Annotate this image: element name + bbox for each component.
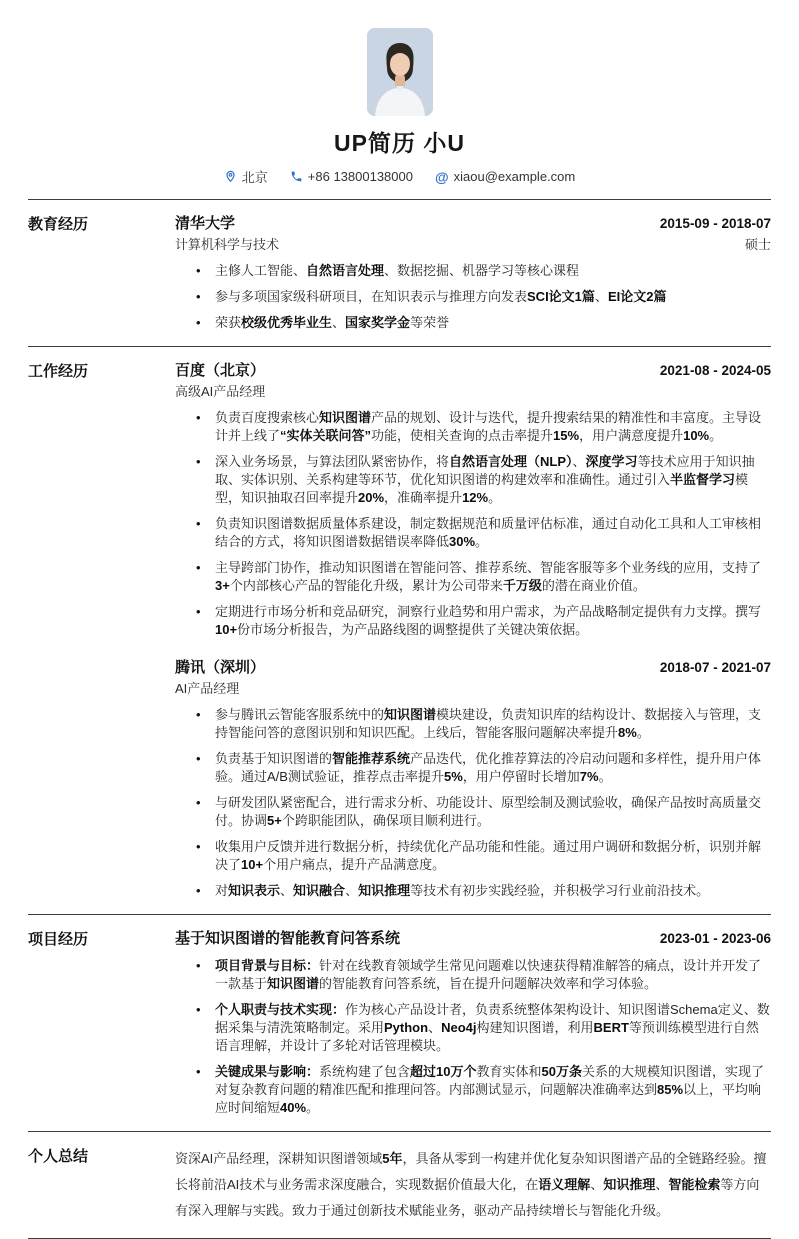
bullet-item: 定期进行市场分析和竞品研究，洞察行业趋势和用户需求，为产品战略制定提供有力支撑。… xyxy=(175,603,771,639)
resume-sections: 教育经历清华大学2015-09 - 2018-07计算机科学与技术硕士主修人工智… xyxy=(28,199,771,1239)
section-education: 教育经历清华大学2015-09 - 2018-07计算机科学与技术硕士主修人工智… xyxy=(28,199,771,346)
bullet-item: 与研发团队紧密配合，进行需求分析、功能设计、原型绘制及测试验收，确保产品按时高质… xyxy=(175,794,771,830)
bullet-item: 深入业务场景，与算法团队紧密协作，将自然语言处理（NLP）、深度学习等技术应用于… xyxy=(175,453,771,507)
highlighted-text: 智能检索 xyxy=(668,1177,720,1192)
text-segment: 定期进行市场分析和竞品研究，洞察行业趋势和用户需求，为产品战略制定提供有力支撑。… xyxy=(215,604,761,619)
entry-header: 腾讯（深圳）2018-07 - 2021-07 xyxy=(175,656,771,677)
text-segment: 、 xyxy=(595,289,608,304)
highlighted-text: 知识融合 xyxy=(293,883,345,898)
highlighted-text: BERT xyxy=(594,1020,629,1035)
text-segment: 。 xyxy=(709,428,722,443)
text-segment: 荣获 xyxy=(215,315,241,330)
highlighted-text: 10+ xyxy=(241,857,263,872)
highlighted-text: Neo4j xyxy=(441,1020,476,1035)
entry-subtitle: AI产品经理 xyxy=(175,680,239,697)
highlighted-text: “实体关联问答” xyxy=(280,428,371,443)
text-segment: 参与多项国家级科研项目，在知识表示与推理方向发表 xyxy=(215,289,527,304)
text-segment: 、 xyxy=(428,1020,441,1035)
entry-subheader: 高级AI产品经理 xyxy=(175,383,771,400)
highlighted-text: 40% xyxy=(280,1100,306,1115)
highlighted-text: 超过10万个 xyxy=(410,1064,476,1079)
text-segment: 构建知识图谱，利用 xyxy=(477,1020,594,1035)
section-label-education: 教育经历 xyxy=(28,212,175,332)
entry-title: 基于知识图谱的智能教育问答系统 xyxy=(175,927,400,948)
highlighted-text: 深度学习 xyxy=(586,454,638,469)
entry-date: 2018-07 - 2021-07 xyxy=(660,660,771,675)
profile-photo xyxy=(367,28,433,116)
section-content-work: 百度（北京）2021-08 - 2024-05高级AI产品经理负责百度搜索核心知… xyxy=(175,359,771,900)
text-segment: 。 xyxy=(637,725,650,740)
summary-paragraph: 资深AI产品经理，深耕知识图谱领域5年，具备从零到一构建并优化复杂知识图谱产品的… xyxy=(175,1146,771,1224)
entry-header: 清华大学2015-09 - 2018-07 xyxy=(175,212,771,233)
text-segment: 系统构建了包含 xyxy=(319,1064,410,1079)
contact-location-text: 北京 xyxy=(242,167,268,186)
contact-email-text: xiaou@example.com xyxy=(454,169,576,184)
phone-icon xyxy=(290,170,303,183)
entry-date: 2023-01 - 2023-06 xyxy=(660,931,771,946)
entry: 百度（北京）2021-08 - 2024-05高级AI产品经理负责百度搜索核心知… xyxy=(175,359,771,639)
text-segment: 、 xyxy=(332,315,345,330)
location-icon xyxy=(224,170,237,183)
highlighted-text: 自然语言处理（NLP） xyxy=(449,454,573,469)
text-segment: 、 xyxy=(655,1177,668,1192)
section-label-summary: 个人总结 xyxy=(28,1144,175,1224)
text-segment: 个用户痛点，提升产品满意度。 xyxy=(263,857,445,872)
text-segment: 等技术有初步实践经验，并积极学习行业前沿技术。 xyxy=(410,883,709,898)
highlighted-text: 5+ xyxy=(267,813,282,828)
highlighted-text: 15% xyxy=(553,428,579,443)
entry-subtitle: 计算机科学与技术 xyxy=(175,236,279,253)
entry-date: 2015-09 - 2018-07 xyxy=(660,216,771,231)
bullet-item: 负责知识图谱数据质量体系建设，制定数据规范和质量评估标准，通过自动化工具和人工审… xyxy=(175,515,771,551)
highlighted-text: 国家奖学金 xyxy=(345,315,410,330)
section-label-work: 工作经历 xyxy=(28,359,175,900)
text-segment: ，用户满意度提升 xyxy=(579,428,683,443)
section-label-projects: 项目经历 xyxy=(28,927,175,1117)
contact-phone-text: +86 13800138000 xyxy=(308,169,413,184)
bullet-item: 个人职责与技术实现：作为核心产品设计者，负责系统整体架构设计、知识图谱Schem… xyxy=(175,1001,771,1055)
highlighted-text: 智能推荐系统 xyxy=(332,751,410,766)
email-icon: @ xyxy=(435,170,449,184)
text-segment: 、 xyxy=(280,883,293,898)
highlighted-text: 半监督学习 xyxy=(670,472,735,487)
text-segment: 。 xyxy=(306,1100,319,1115)
bullet-list: 项目背景与目标：针对在线教育领域学生常见问题难以快速获得精准解答的痛点，设计并开… xyxy=(175,957,771,1117)
section-work: 工作经历百度（北京）2021-08 - 2024-05高级AI产品经理负责百度搜… xyxy=(28,346,771,914)
text-segment: 资深AI产品经理，深耕知识图谱领域 xyxy=(175,1151,382,1166)
contact-phone: +86 13800138000 xyxy=(290,169,413,184)
text-segment: 个跨职能团队，确保项目顺利进行。 xyxy=(282,813,490,828)
bullet-item: 参与腾讯云智能客服系统中的知识图谱模块建设，负责知识库的结构设计、数据接入与管理… xyxy=(175,706,771,742)
highlighted-text: 知识图谱 xyxy=(267,976,319,991)
bullet-item: 主修人工智能、自然语言处理、数据挖掘、机器学习等核心课程 xyxy=(175,262,771,280)
text-segment: 教育实体和 xyxy=(477,1064,542,1079)
text-segment: 、 xyxy=(345,883,358,898)
entry-title: 百度（北京） xyxy=(175,359,265,380)
highlighted-text: 8% xyxy=(618,725,637,740)
section-content-projects: 基于知识图谱的智能教育问答系统2023-01 - 2023-06项目背景与目标：… xyxy=(175,927,771,1117)
highlighted-text: 50万条 xyxy=(542,1064,582,1079)
text-segment: 功能，使相关查询的点击率提升 xyxy=(371,428,553,443)
section-content-summary: 资深AI产品经理，深耕知识图谱领域5年，具备从零到一构建并优化复杂知识图谱产品的… xyxy=(175,1144,771,1224)
entry-subtitle: 高级AI产品经理 xyxy=(175,383,265,400)
text-segment: 的智能教育问答系统，旨在提升问题解决效率和学习体验。 xyxy=(319,976,657,991)
avatar-image xyxy=(367,28,433,116)
entry: 资深AI产品经理，深耕知识图谱领域5年，具备从零到一构建并优化复杂知识图谱产品的… xyxy=(175,1146,771,1224)
entry-header: 百度（北京）2021-08 - 2024-05 xyxy=(175,359,771,380)
entry-subheader: AI产品经理 xyxy=(175,680,771,697)
highlighted-text: 3+ xyxy=(215,578,230,593)
highlighted-text: SCI论文1篇 xyxy=(527,289,595,304)
highlighted-text: 12% xyxy=(462,490,488,505)
text-segment: 。 xyxy=(488,490,501,505)
section-projects: 项目经历基于知识图谱的智能教育问答系统2023-01 - 2023-06项目背景… xyxy=(28,914,771,1131)
highlighted-text: 85% xyxy=(657,1082,683,1097)
highlighted-text: 知识图谱 xyxy=(319,410,371,425)
text-segment: 负责百度搜索核心 xyxy=(215,410,319,425)
highlighted-text: 知识图谱 xyxy=(384,707,436,722)
bullet-item: 对知识表示、知识融合、知识推理等技术有初步实践经验，并积极学习行业前沿技术。 xyxy=(175,882,771,900)
resume-page: UP简历 小U 北京+86 13800138000@xiaou@example.… xyxy=(0,0,799,1239)
text-segment: 、 xyxy=(573,454,586,469)
bullet-list: 负责百度搜索核心知识图谱产品的规划、设计与迭代，提升搜索结果的精准性和丰富度。主… xyxy=(175,409,771,639)
resume-header: UP简历 小U 北京+86 13800138000@xiaou@example.… xyxy=(28,0,771,199)
candidate-name: UP简历 小U xyxy=(28,125,771,158)
text-segment: 参与腾讯云智能客服系统中的 xyxy=(215,707,384,722)
highlighted-text: 个人职责与技术实现： xyxy=(215,1002,345,1017)
highlighted-text: 10% xyxy=(683,428,709,443)
bullet-item: 负责百度搜索核心知识图谱产品的规划、设计与迭代，提升搜索结果的精准性和丰富度。主… xyxy=(175,409,771,445)
bullet-item: 荣获校级优秀毕业生、国家奖学金等荣誉 xyxy=(175,314,771,332)
contact-email: @xiaou@example.com xyxy=(435,169,575,184)
entry-subheader: 计算机科学与技术硕士 xyxy=(175,236,771,253)
highlighted-text: 20% xyxy=(358,490,384,505)
highlighted-text: 知识表示 xyxy=(228,883,280,898)
contact-row: 北京+86 13800138000@xiaou@example.com xyxy=(28,167,771,186)
text-segment: 个内部核心产品的智能化升级，累计为公司带来 xyxy=(230,578,503,593)
entry-title: 腾讯（深圳） xyxy=(175,656,265,677)
entry-header: 基于知识图谱的智能教育问答系统2023-01 - 2023-06 xyxy=(175,927,771,948)
bullet-item: 收集用户反馈并进行数据分析，持续优化产品功能和性能。通过用户调研和数据分析，识别… xyxy=(175,838,771,874)
highlighted-text: 校级优秀毕业生 xyxy=(241,315,332,330)
text-segment: 负责基于知识图谱的 xyxy=(215,751,332,766)
bullet-item: 主导跨部门协作，推动知识图谱在智能问答、推荐系统、智能客服等多个业务线的应用，支… xyxy=(175,559,771,595)
entry-title: 清华大学 xyxy=(175,212,235,233)
highlighted-text: EI论文2篇 xyxy=(608,289,667,304)
highlighted-text: 5年 xyxy=(382,1151,402,1166)
bullet-list: 主修人工智能、自然语言处理、数据挖掘、机器学习等核心课程参与多项国家级科研项目，… xyxy=(175,262,771,332)
section-content-education: 清华大学2015-09 - 2018-07计算机科学与技术硕士主修人工智能、自然… xyxy=(175,212,771,332)
entry-date: 2021-08 - 2024-05 xyxy=(660,363,771,378)
text-segment: 。 xyxy=(475,534,488,549)
text-segment: 主导跨部门协作，推动知识图谱在智能问答、推荐系统、智能客服等多个业务线的应用，支… xyxy=(215,560,761,575)
bullet-item: 参与多项国家级科研项目，在知识表示与推理方向发表SCI论文1篇、EI论文2篇 xyxy=(175,288,771,306)
highlighted-text: 语义理解 xyxy=(538,1177,590,1192)
entry: 基于知识图谱的智能教育问答系统2023-01 - 2023-06项目背景与目标：… xyxy=(175,927,771,1117)
text-segment: 主修人工智能、 xyxy=(215,263,306,278)
entry: 腾讯（深圳）2018-07 - 2021-07AI产品经理参与腾讯云智能客服系统… xyxy=(175,656,771,900)
text-segment: 、数据挖掘、机器学习等核心课程 xyxy=(384,263,579,278)
text-segment: 深入业务场景，与算法团队紧密协作，将 xyxy=(215,454,449,469)
highlighted-text: 自然语言处理 xyxy=(306,263,384,278)
text-segment: ，用户停留时长增加 xyxy=(463,769,580,784)
bullet-item: 关键成果与影响：系统构建了包含超过10万个教育实体和50万条关系的大规模知识图谱… xyxy=(175,1063,771,1117)
highlighted-text: 10+ xyxy=(215,622,237,637)
bullet-item: 负责基于知识图谱的智能推荐系统产品迭代，优化推荐算法的冷启动问题和多样性，提升用… xyxy=(175,750,771,786)
highlighted-text: 5% xyxy=(444,769,463,784)
highlighted-text: 千万级 xyxy=(503,578,542,593)
bullet-list: 参与腾讯云智能客服系统中的知识图谱模块建设，负责知识库的结构设计、数据接入与管理… xyxy=(175,706,771,900)
highlighted-text: 7% xyxy=(580,769,599,784)
highlighted-text: 知识推理 xyxy=(358,883,410,898)
highlighted-text: 知识推理 xyxy=(603,1177,655,1192)
highlighted-text: 30% xyxy=(449,534,475,549)
entry-date-sub: 硕士 xyxy=(745,236,771,253)
entry: 清华大学2015-09 - 2018-07计算机科学与技术硕士主修人工智能、自然… xyxy=(175,212,771,332)
text-segment: 。 xyxy=(599,769,612,784)
highlighted-text: Python xyxy=(384,1020,428,1035)
contact-location: 北京 xyxy=(224,167,268,186)
text-segment: 等荣誉 xyxy=(410,315,449,330)
text-segment: ，准确率提升 xyxy=(384,490,462,505)
highlighted-text: 关键成果与影响： xyxy=(215,1064,319,1079)
text-segment: 对 xyxy=(215,883,228,898)
text-segment: 份市场分析报告，为产品路线图的调整提供了关键决策依据。 xyxy=(237,622,588,637)
text-segment: 的潜在商业价值。 xyxy=(542,578,646,593)
text-segment: 、 xyxy=(590,1177,603,1192)
bullet-item: 项目背景与目标：针对在线教育领域学生常见问题难以快速获得精准解答的痛点，设计并开… xyxy=(175,957,771,993)
section-summary: 个人总结资深AI产品经理，深耕知识图谱领域5年，具备从零到一构建并优化复杂知识图… xyxy=(28,1131,771,1239)
highlighted-text: 项目背景与目标： xyxy=(215,958,319,973)
